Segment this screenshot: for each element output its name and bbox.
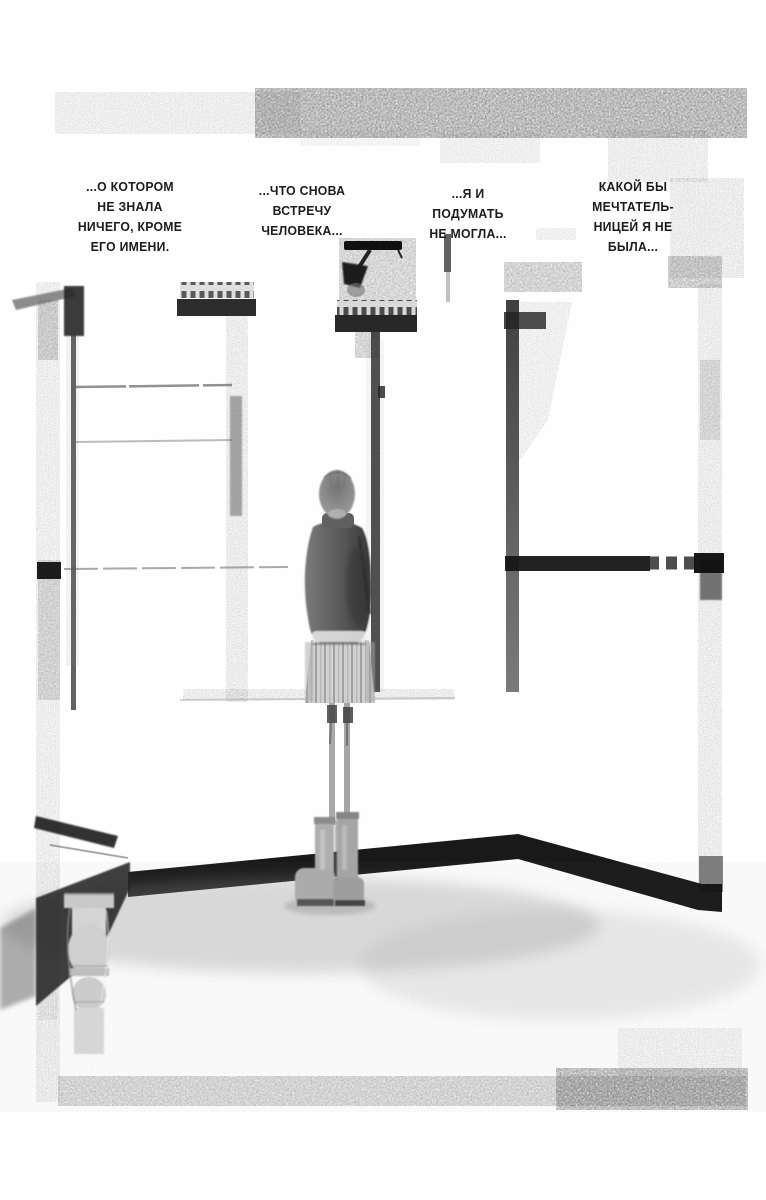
caption-2: ...ЧТО СНОВА ВСТРЕЧУ ЧЕЛОВЕКА... [227, 181, 377, 241]
caption-3: ...Я И ПОДУМАТЬ НЕ МОГЛА... [393, 184, 543, 244]
floor-texture [0, 862, 766, 1112]
window-rail [505, 556, 650, 571]
molding-dentil [337, 300, 417, 315]
figure-legs [327, 703, 353, 825]
caption-4: КАКОЙ БЫ МЕЧТАТЕЛЬ- НИЦЕЙ Я НЕ БЫЛА... [558, 177, 708, 257]
figure-skirt [305, 640, 375, 703]
caption-1: ...О КОТОРОМ НЕ ЗНАЛА НИЧЕГО, КРОМЕ ЕГО … [55, 177, 205, 257]
molding-dentil [180, 282, 254, 298]
manga-page: ...О КОТОРОМ НЕ ЗНАЛА НИЧЕГО, КРОМЕ ЕГО … [0, 0, 766, 1200]
figure-sweater [305, 521, 371, 644]
figure-head [319, 470, 355, 519]
left-window [64, 282, 288, 710]
right-window [504, 256, 724, 892]
